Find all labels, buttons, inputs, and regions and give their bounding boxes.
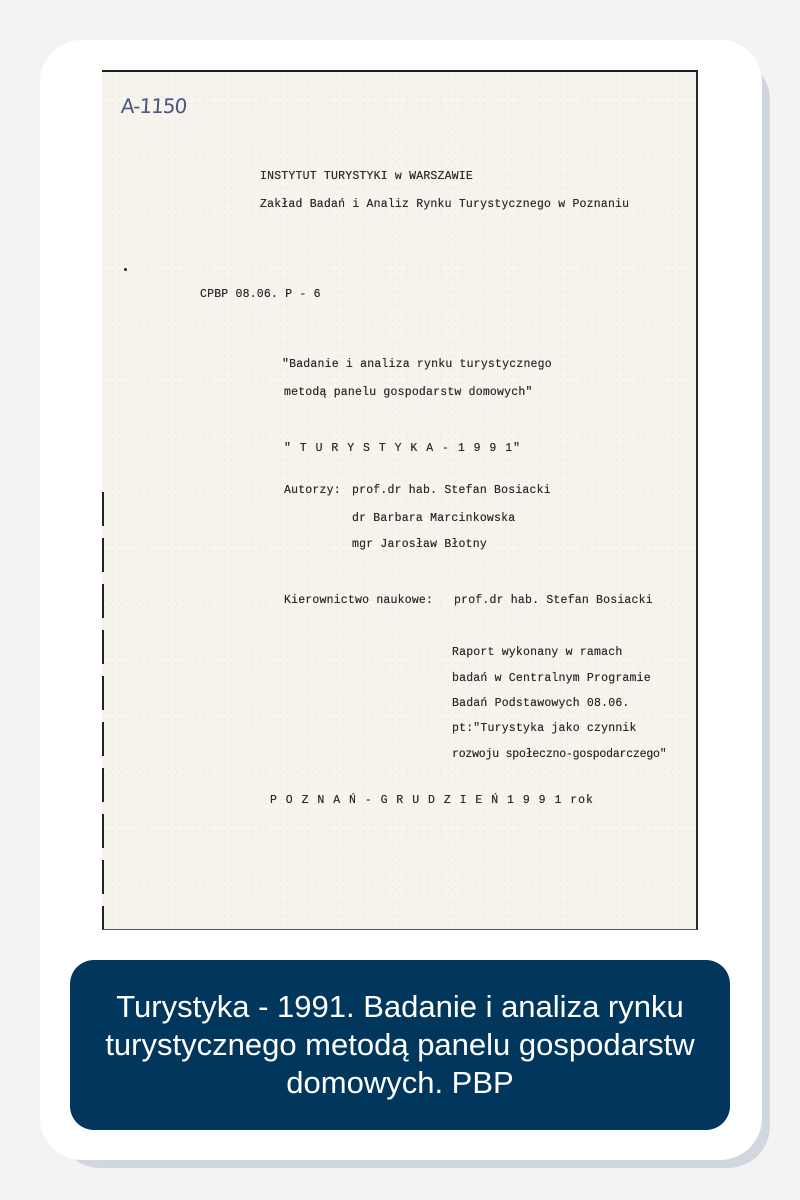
program-code: CPBP 08.06. P - 6 (200, 288, 321, 301)
caption-banner: Turystyka - 1991. Badanie i analiza rynk… (70, 960, 730, 1130)
title-line-2: metodą panelu gospodarstw domowych" (284, 386, 533, 399)
report-note-line-3: Badań Podstawowych 08.06. (452, 697, 630, 710)
place-date: P O Z N A Ń - G R U D Z I E Ń 1 9 9 1 ro… (270, 794, 594, 807)
report-note-line-4: pt:"Turystyka jako czynnik (452, 722, 637, 735)
scan-left-edge (102, 492, 104, 930)
authors-label: Autorzy: (284, 484, 341, 497)
institution-name: INSTYTUT TURYSTYKI w WARSZAWIE (260, 170, 473, 183)
archive-mark: A-1150 (120, 94, 187, 118)
department-name: Zakład Badań i Analiz Rynku Turystyczneg… (260, 198, 629, 211)
report-note-line-2: badań w Centralnym Programie (452, 672, 651, 685)
title-line-1: "Badanie i analiza rynku turystycznego (282, 358, 552, 371)
author-3: mgr Jarosław Błotny (352, 538, 487, 551)
author-1: prof.dr hab. Stefan Bosiacki (352, 484, 551, 497)
supervisor-name: prof.dr hab. Stefan Bosiacki (454, 594, 653, 607)
supervision-label: Kierownictwo naukowe: (284, 594, 433, 607)
author-2: dr Barbara Marcinkowska (352, 512, 515, 525)
scan-speck (124, 268, 127, 271)
document-scan[interactable]: A-1150 INSTYTUT TURYSTYKI w WARSZAWIE Za… (102, 70, 698, 930)
caption-title: Turystyka - 1991. Badanie i analiza rynk… (90, 988, 710, 1102)
subtitle: " T U R Y S T Y K A - 1 9 9 1" (284, 442, 521, 455)
report-note-line-5: rozwoju społeczno-gospodarczego" (452, 748, 666, 761)
report-note-line-1: Raport wykonany w ramach (452, 646, 622, 659)
